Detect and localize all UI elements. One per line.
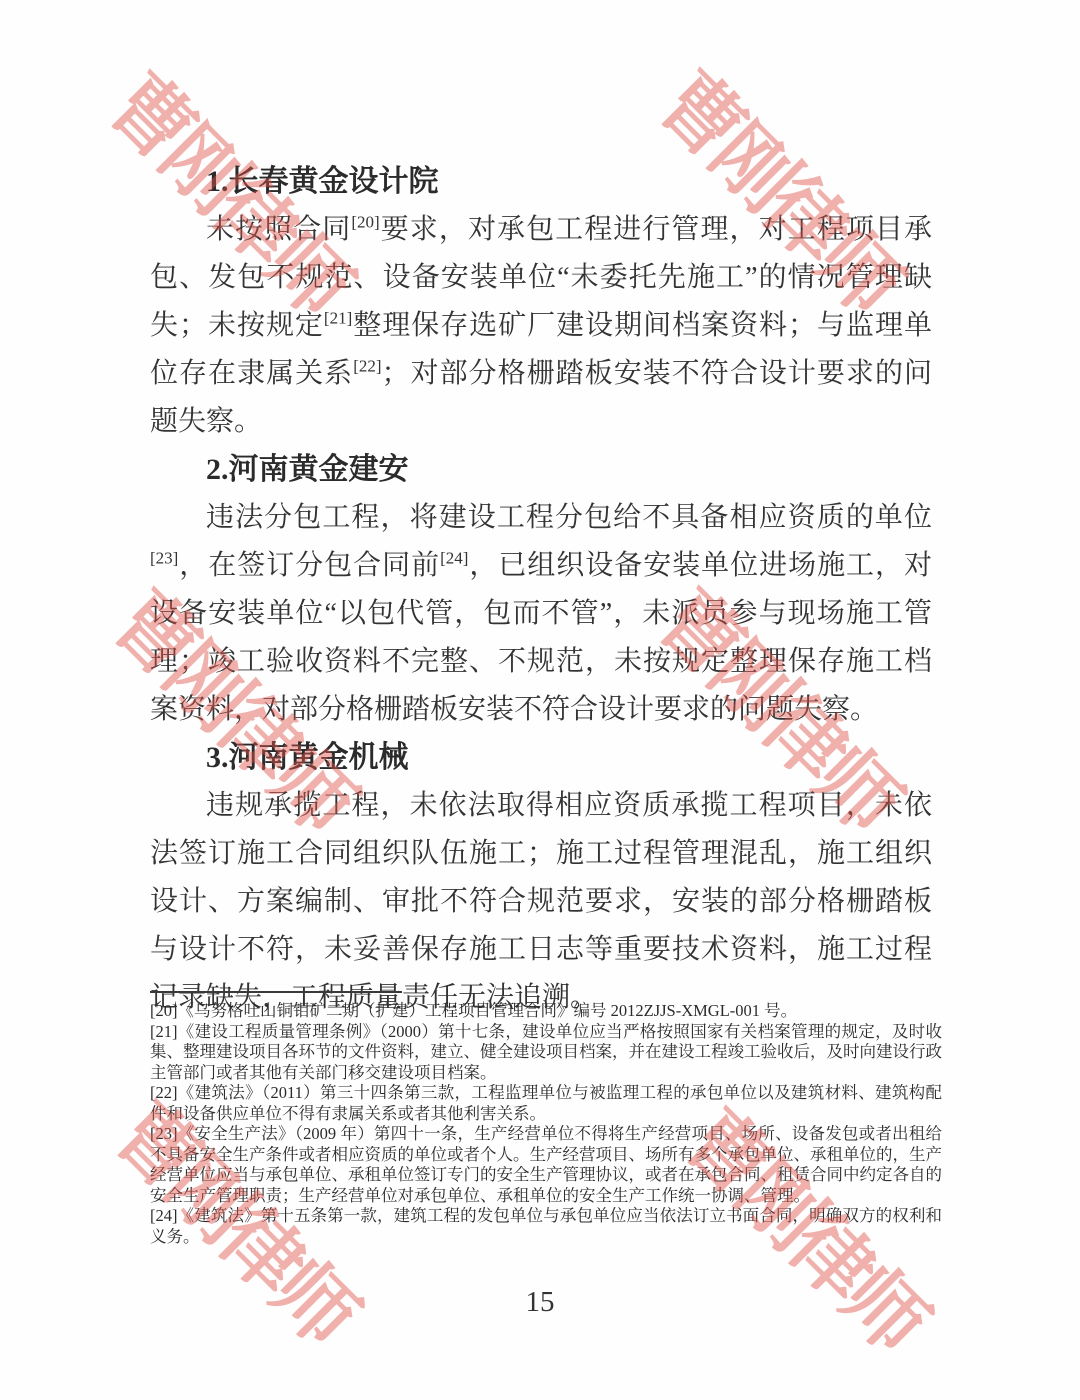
section-heading: 3.河南黄金机械 — [150, 734, 932, 782]
section-paragraph: 违规承揽工程，未依法取得相应资质承揽工程项目，未依法签订施工合同组织队伍施工；施… — [150, 782, 932, 1022]
footnote: [22]《建筑法》（2011）第三十四条第三款，工程监理单位与被监理工程的承包单… — [150, 1083, 942, 1124]
page-number: 15 — [0, 1286, 1080, 1319]
section-2: 2.河南黄金建安 违法分包工程，将建设工程分包给不具备相应资质的单位[23]，在… — [150, 446, 932, 734]
footnote-ref: [22] — [353, 357, 381, 376]
section-heading: 2.河南黄金建安 — [150, 446, 932, 494]
document-body: 1.长春黄金设计院 未按照合同[20]要求，对承包工程进行管理，对工程项目承包、… — [150, 158, 932, 1022]
footnote-ref: [24] — [440, 549, 468, 568]
footnote-separator — [150, 991, 402, 993]
section-paragraph: 未按照合同[20]要求，对承包工程进行管理，对工程项目承包、发包不规范、设备安装… — [150, 206, 932, 446]
footnote: [23]《安全生产法》（2009 年）第四十一条，生产经营单位不得将生产经营项目… — [150, 1124, 942, 1206]
footnote: [24]《建筑法》第十五条第一款，建筑工程的发包单位与承包单位应当依法订立书面合… — [150, 1206, 942, 1247]
footnote-ref: [21] — [324, 309, 352, 328]
section-3: 3.河南黄金机械 违规承揽工程，未依法取得相应资质承揽工程项目，未依法签订施工合… — [150, 734, 932, 1022]
footnote-ref: [23] — [150, 549, 178, 568]
footnote: [20]《乌努格吐山铜钼矿二期（扩建）工程项目管理合同》编号 2012ZJJS-… — [150, 1001, 942, 1022]
section-heading: 1.长春黄金设计院 — [150, 158, 932, 206]
section-paragraph: 违法分包工程，将建设工程分包给不具备相应资质的单位[23]，在签订分包合同前[2… — [150, 494, 932, 734]
footnote: [21]《建设工程质量管理条例》（2000）第十七条，建设单位应当严格按照国家有… — [150, 1022, 942, 1084]
footnotes: [20]《乌努格吐山铜钼矿二期（扩建）工程项目管理合同》编号 2012ZJJS-… — [150, 1001, 942, 1247]
footnote-ref: [20] — [351, 213, 379, 232]
document-page: 曹刚律师曹刚律师曹刚律师曹刚律师曹刚律师曹刚律师 1.长春黄金设计院 未按照合同… — [0, 0, 1080, 1400]
section-1: 1.长春黄金设计院 未按照合同[20]要求，对承包工程进行管理，对工程项目承包、… — [150, 158, 932, 446]
